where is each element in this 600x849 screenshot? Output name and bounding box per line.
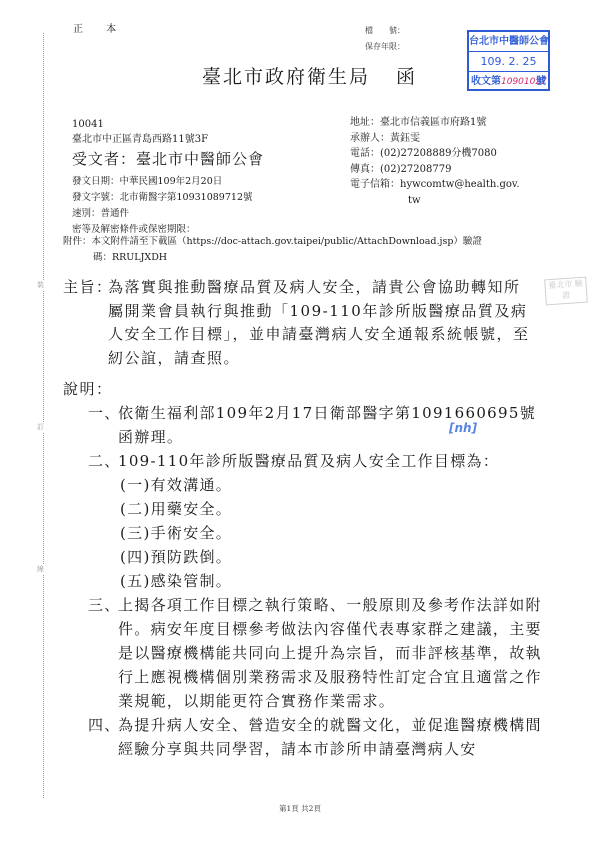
sub-item-4: (四)預防跌倒。 bbox=[118, 545, 548, 569]
page-number: 第1頁 共2頁 bbox=[0, 803, 600, 814]
sender-phone: 電話：(02)27208889分機7080 bbox=[350, 146, 520, 162]
item-number: 三、 bbox=[88, 593, 121, 617]
stamp-org: 台北市中醫師公會 bbox=[469, 32, 548, 52]
retention-label: 保存年限： bbox=[365, 39, 405, 55]
explanation-item-4: 四、 為提升病人安全、營造安全的就醫文化，並促進醫療機構間經驗分享與共同學習，請… bbox=[88, 713, 548, 761]
issue-info: 發文日期：中華民國109年2月20日 發文字號：北市衛醫字第1093108971… bbox=[72, 174, 264, 238]
subject-section: 主旨： 為落實與推動醫療品質及病人安全，請貴公會協助轉知所屬開業會員執行與推動「… bbox=[63, 276, 533, 370]
verification-seal: 臺北市 驗證 bbox=[544, 277, 588, 306]
subject-label: 主旨： bbox=[63, 276, 113, 300]
issue-number: 發文字號：北市衛醫字第10931089712號 bbox=[72, 190, 264, 206]
item-text: 上揭各項工作目標之執行策略、一般原則及參考作法詳如附件。病安年度目標參考做法內容… bbox=[118, 593, 548, 713]
item-number: 二、 bbox=[88, 449, 121, 473]
attachment-line: 附件：本文附件請至下載區（https://doc-attach.gov.taip… bbox=[63, 234, 543, 250]
speed-class: 速別：普通件 bbox=[72, 206, 264, 222]
explanation-item-1: 一、 依衛生福利部109年2月17日衛部醫字第1091660695號函辦理。 bbox=[88, 401, 548, 449]
sub-item-1: (一)有效溝通。 bbox=[118, 473, 548, 497]
stamp-received-prefix: 收文第 bbox=[471, 76, 501, 87]
sender-info: 地址：臺北市信義區市府路1號 承辦人：黃鈺雯 電話：(02)27208889分機… bbox=[350, 115, 520, 208]
sender-handler: 承辦人：黃鈺雯 bbox=[350, 131, 520, 147]
item-text: 109-110年診所版醫療品質及病人安全工作目標為： bbox=[118, 449, 548, 473]
sender-email: 電子信箱：hywcomtw@health.gov. bbox=[350, 177, 520, 193]
sender-email-continued: tw bbox=[350, 193, 520, 209]
stamp-received-number: 收文第10901027號 bbox=[469, 72, 548, 91]
stamp-received-suffix: 號 bbox=[536, 72, 546, 91]
stamp-date: 109. 2. 25 bbox=[469, 52, 548, 72]
file-number-label: 檔 號： bbox=[365, 23, 405, 39]
recipient: 受文者：臺北市中醫師公會 bbox=[72, 148, 264, 170]
issue-date: 發文日期：中華民國109年2月20日 bbox=[72, 174, 264, 190]
item-number: 四、 bbox=[88, 713, 121, 737]
sender-address: 地址：臺北市信義區市府路1號 bbox=[350, 115, 520, 131]
explanation-item-3: 三、 上揭各項工作目標之執行策略、一般原則及參考作法詳如附件。病安年度目標參考做… bbox=[88, 593, 548, 713]
item-text: 依衛生福利部109年2月17日衛部醫字第1091660695號函辦理。 bbox=[118, 401, 548, 449]
handwritten-mark: [nh] bbox=[449, 421, 477, 435]
copy-type: 正 本 bbox=[73, 20, 126, 35]
sub-item-5: (五)感染管制。 bbox=[118, 569, 548, 593]
recipient-block: 10041 臺北市中正區青島西路11號3F 受文者：臺北市中醫師公會 發文日期：… bbox=[72, 117, 264, 238]
explanation-label: 說明： bbox=[63, 378, 113, 399]
binding-mark-zhuang: 裝 bbox=[37, 280, 44, 290]
explanation-items: 一、 依衛生福利部109年2月17日衛部醫字第1091660695號函辦理。 二… bbox=[88, 401, 548, 761]
subject-text: 為落實與推動醫療品質及病人安全，請貴公會協助轉知所屬開業會員執行與推動「109-… bbox=[63, 276, 533, 370]
issuer-name: 臺北市政府衛生局 bbox=[202, 66, 370, 88]
document-type: 函 bbox=[396, 66, 417, 88]
sub-item-3: (三)手術安全。 bbox=[118, 521, 548, 545]
recipient-address: 臺北市中正區青島西路11號3F bbox=[72, 132, 264, 147]
file-meta: 檔 號： 保存年限： bbox=[365, 23, 405, 55]
explanation-item-2: 二、 109-110年診所版醫療品質及病人安全工作目標為： (一)有效溝通。 (… bbox=[88, 449, 548, 593]
item-number: 一、 bbox=[88, 401, 121, 425]
binding-line bbox=[43, 33, 44, 798]
sub-item-2: (二)用藥安全。 bbox=[118, 497, 548, 521]
item-text: 為提升病人安全、營造安全的就醫文化，並促進醫療機構間經驗分享與共同學習，請本市診… bbox=[118, 713, 548, 761]
postal-code: 10041 bbox=[72, 117, 264, 132]
document-title: 臺北市政府衛生局函 bbox=[202, 62, 417, 89]
received-stamp: 台北市中醫師公會 109. 2. 25 收文第10901027號 bbox=[467, 30, 550, 91]
attachment-info: 附件：本文附件請至下載區（https://doc-attach.gov.taip… bbox=[63, 234, 543, 266]
binding-mark-xian: 線 bbox=[37, 564, 44, 574]
attachment-verification-code: 碼：RRULJXDH bbox=[63, 250, 543, 266]
sender-fax: 傳真：(02)27208779 bbox=[350, 162, 520, 178]
binding-mark-ding: 訂 bbox=[37, 422, 44, 432]
